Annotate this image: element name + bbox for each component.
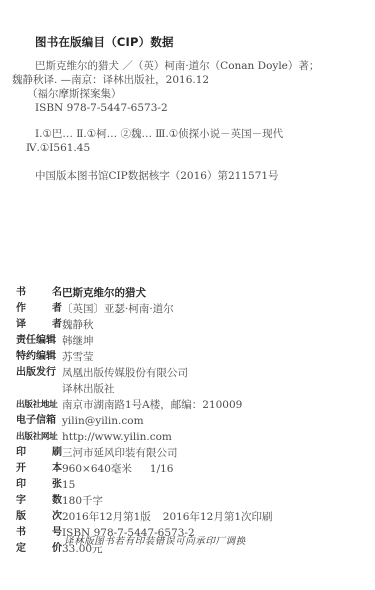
info-row-author: 作者 〔英国〕亚瑟·柯南·道尔: [16, 301, 273, 317]
info-label: 书名: [16, 285, 62, 301]
info-row-publisher-2: 译林出版社: [16, 381, 273, 397]
info-row-special-editor: 特约编辑 苏雪莹: [16, 349, 273, 365]
info-label: 印刷: [16, 445, 62, 461]
editor: 韩继坤: [62, 333, 94, 349]
info-label: 出版社地址: [16, 397, 62, 413]
info-row-translator: 译者 魏静秋: [16, 317, 273, 333]
info-row-publisher: 出版发行 凤凰出版传媒股份有限公司: [16, 365, 273, 381]
info-label: [16, 381, 62, 397]
info-label: 出版社网址: [16, 429, 62, 445]
info-row-edition: 版次 2016年12月第1版2016年12月第1次印刷: [16, 509, 273, 525]
info-row-format: 开本 960×640毫米1/16: [16, 461, 273, 477]
info-label: 译者: [16, 317, 62, 333]
cip-line-series: （福尔摩斯探案集）: [27, 87, 122, 101]
cip-line-translator-publisher: 魏静秋译. —南京：译林出版社，2016.12: [12, 73, 209, 87]
info-row-sheets: 印张 15: [16, 477, 273, 493]
publisher-group: 凤凰出版传媒股份有限公司: [62, 365, 188, 381]
info-label: 责任编辑: [16, 333, 62, 349]
cip-line-classification: Ⅰ.①巴… Ⅱ.①柯… ②魏… Ⅲ.①侦探小说－英国－现代: [35, 127, 283, 141]
info-label: 版次: [16, 509, 62, 525]
info-label: 开本: [16, 461, 62, 477]
word-count: 180千字: [62, 493, 103, 509]
cip-line-record-number: 中国版本图书馆CIP数据核字（2016）第211571号: [35, 169, 279, 183]
printed-sheets: 15: [62, 477, 75, 493]
info-label: 特约编辑: [16, 349, 62, 365]
edition: 2016年12月第1版2016年12月第1次印刷: [62, 509, 273, 525]
info-label: 书号: [16, 525, 62, 541]
translator: 魏静秋: [62, 317, 94, 333]
info-row-editor: 责任编辑 韩继坤: [16, 333, 273, 349]
info-label: 电子信箱: [16, 413, 62, 429]
info-row-address: 出版社地址 南京市湖南路1号A楼，邮编：210009: [16, 397, 273, 413]
info-label: 出版发行: [16, 365, 62, 381]
cip-line-title-author: 巴斯克维尔的猎犬 ／（英）柯南·道尔（Conan Doyle）著；: [35, 59, 319, 73]
book-title: 巴斯克维尔的猎犬: [62, 285, 146, 301]
cip-line-isbn: ISBN 978-7-5447-6573-2: [35, 101, 168, 115]
email: yilin@yilin.com: [62, 413, 144, 429]
cip-line-classification-number: Ⅳ.①I561.45: [26, 141, 90, 155]
publisher: 译林出版社: [62, 381, 115, 397]
replacement-notice: 译林版图书若有印装错误可向承印厂调换: [64, 533, 246, 547]
info-row-title: 书名 巴斯克维尔的猎犬: [16, 285, 273, 301]
info-row-word-count: 字数 180千字: [16, 493, 273, 509]
website: http://www.yilin.com: [62, 429, 172, 445]
format: 960×640毫米1/16: [62, 461, 173, 477]
printer: 三河市延风印装有限公司: [62, 445, 178, 461]
cip-heading: 图书在版编目（CIP）数据: [35, 34, 174, 50]
info-row-printer: 印刷 三河市延风印装有限公司: [16, 445, 273, 461]
info-label: 字数: [16, 493, 62, 509]
info-row-website: 出版社网址 http://www.yilin.com: [16, 429, 273, 445]
info-label: 印张: [16, 477, 62, 493]
info-row-email: 电子信箱 yilin@yilin.com: [16, 413, 273, 429]
author: 〔英国〕亚瑟·柯南·道尔: [62, 301, 174, 317]
info-label: 作者: [16, 301, 62, 317]
info-label: 定价: [16, 541, 62, 557]
publisher-address: 南京市湖南路1号A楼，邮编：210009: [62, 397, 242, 413]
special-editor: 苏雪莹: [62, 349, 94, 365]
publication-info-table: 书名 巴斯克维尔的猎犬 作者 〔英国〕亚瑟·柯南·道尔 译者 魏静秋 责任编辑 …: [16, 285, 273, 557]
